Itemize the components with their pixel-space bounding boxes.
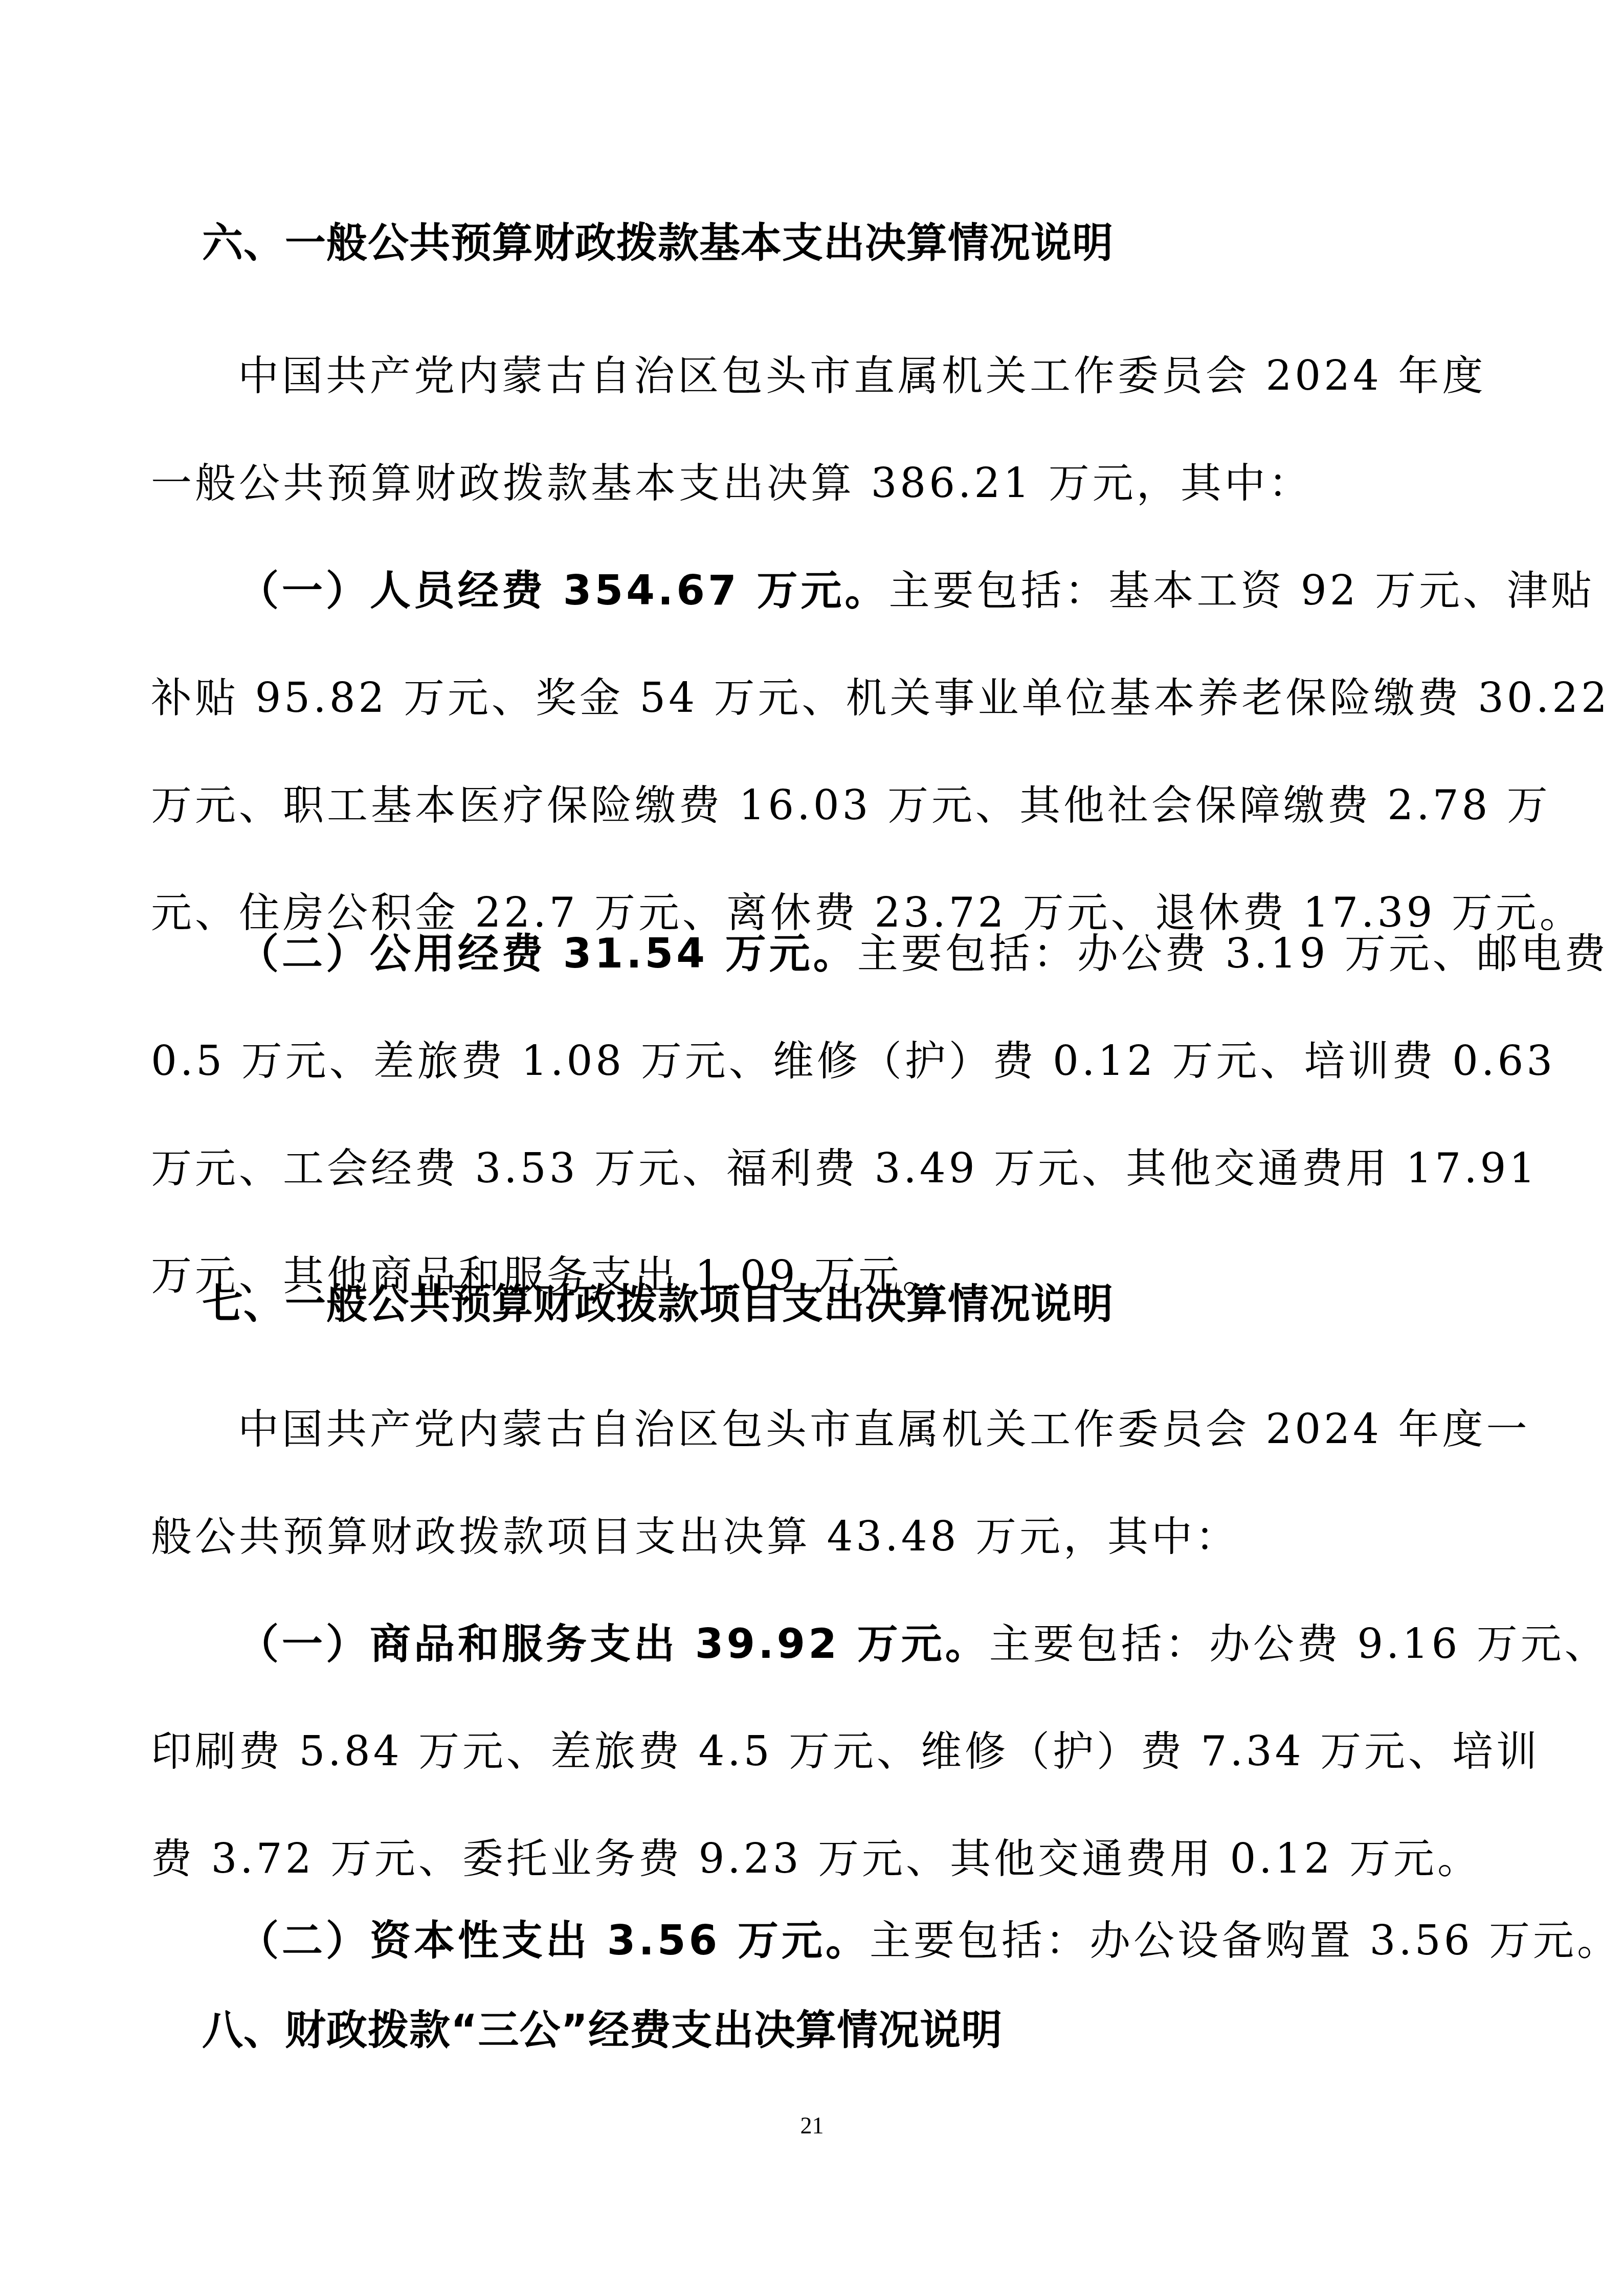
item-bold-label: （一）人员经费 354.67 万元。 <box>238 567 888 614</box>
item-text: 主要包括：办公设备购置 3.56 万元。 <box>870 1917 1621 1964</box>
item-first-line: （一）人员经费 354.67 万元。主要包括：基本工资 92 万元、津贴 <box>151 537 1483 644</box>
section-7-intro: 中国共产党内蒙古自治区包头市直属机关工作委员会 2024 年度一 般公共预算财政… <box>151 1376 1483 1590</box>
page-number: 21 <box>0 2112 1624 2139</box>
item-first-line: （二）公用经费 31.54 万元。主要包括：办公费 3.19 万元、邮电费 <box>151 900 1483 1007</box>
item-line: 印刷费 5.84 万元、差旅费 4.5 万元、维修（护）费 7.34 万元、培训 <box>151 1698 1483 1805</box>
section-7-item-capital: （二）资本性支出 3.56 万元。主要包括：办公设备购置 3.56 万元。 <box>151 1887 1483 1994</box>
item-text: 主要包括：办公费 9.16 万元、 <box>989 1620 1609 1668</box>
item-first-line: （一）商品和服务支出 39.92 万元。主要包括：办公费 9.16 万元、 <box>151 1590 1483 1698</box>
document-page: 六、一般公共预算财政拨款基本支出决算情况说明 中国共产党内蒙古自治区包头市直属机… <box>0 0 1624 2296</box>
section-heading-8: 八、财政拨款“三公”经费支出决算情况说明 <box>202 2005 1003 2056</box>
item-text: 主要包括：基本工资 92 万元、津贴 <box>888 567 1595 614</box>
item-first-line: （二）资本性支出 3.56 万元。主要包括：办公设备购置 3.56 万元。 <box>151 1887 1483 1994</box>
item-line: 补贴 95.82 万元、奖金 54 万元、机关事业单位基本养老保险缴费 30.2… <box>151 644 1483 752</box>
intro-line: 般公共预算财政拨款项目支出决算 43.48 万元，其中： <box>151 1483 1483 1590</box>
intro-line: 一般公共预算财政拨款基本支出决算 386.21 万元，其中： <box>151 430 1483 537</box>
section-6-item-public: （二）公用经费 31.54 万元。主要包括：办公费 3.19 万元、邮电费 0.… <box>151 900 1483 1330</box>
item-bold-label: （二）公用经费 31.54 万元。 <box>238 930 857 977</box>
intro-line: 中国共产党内蒙古自治区包头市直属机关工作委员会 2024 年度 <box>151 322 1483 430</box>
intro-line: 中国共产党内蒙古自治区包头市直属机关工作委员会 2024 年度一 <box>151 1376 1483 1483</box>
item-text: 主要包括：办公费 3.19 万元、邮电费 <box>857 930 1609 977</box>
item-bold-label: （一）商品和服务支出 39.92 万元。 <box>238 1620 989 1668</box>
item-line: 万元、职工基本医疗保险缴费 16.03 万元、其他社会保障缴费 2.78 万 <box>151 752 1483 859</box>
item-line: 万元、工会经费 3.53 万元、福利费 3.49 万元、其他交通费用 17.91 <box>151 1115 1483 1222</box>
item-line: 0.5 万元、差旅费 1.08 万元、维修（护）费 0.12 万元、培训费 0.… <box>151 1007 1483 1115</box>
section-6-intro: 中国共产党内蒙古自治区包头市直属机关工作委员会 2024 年度 一般公共预算财政… <box>151 322 1483 537</box>
item-bold-label: （二）资本性支出 3.56 万元。 <box>238 1917 870 1964</box>
section-heading-6: 六、一般公共预算财政拨款基本支出决算情况说明 <box>202 217 1114 268</box>
section-heading-7: 七、一般公共预算财政拨款项目支出决算情况说明 <box>202 1278 1114 1330</box>
section-7-item-goods-services: （一）商品和服务支出 39.92 万元。主要包括：办公费 9.16 万元、 印刷… <box>151 1590 1483 1912</box>
